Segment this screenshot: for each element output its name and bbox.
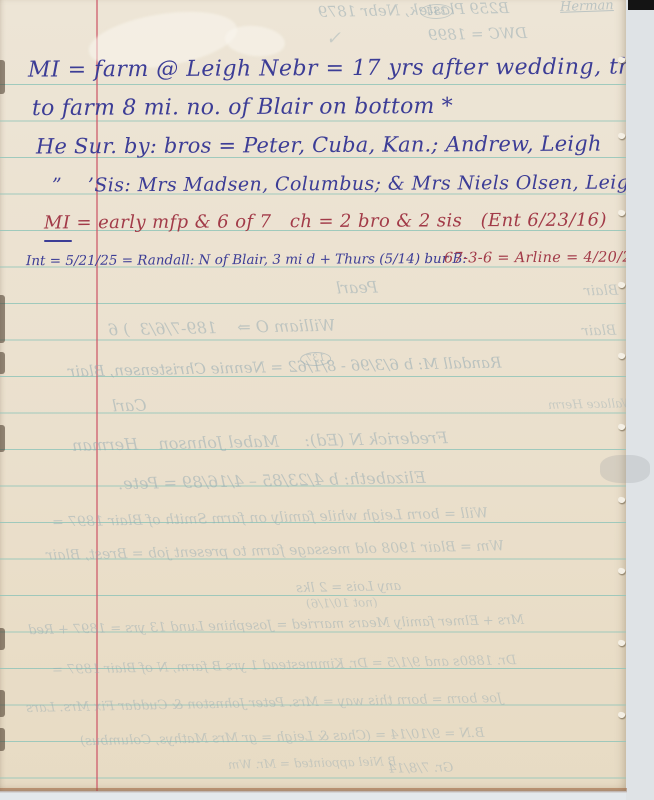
scan-smudge: [600, 455, 650, 483]
torn-edge-mark: [0, 690, 5, 717]
notebook-paper: B259 Plastek, Nebr 1879344DWC = 1899Herm…: [0, 0, 626, 791]
paper-bottom-edge: [0, 788, 627, 793]
scanner-background-right: [626, 0, 654, 800]
torn-edge-mark: [0, 728, 5, 751]
stitch-speck: [617, 281, 626, 289]
paper-edge-artifacts: [0, 0, 626, 791]
torn-edge-mark: [0, 425, 5, 452]
stitch-speck: [617, 132, 626, 140]
stitch-speck: [617, 352, 626, 360]
scanned-page: B259 Plastek, Nebr 1879344DWC = 1899Herm…: [0, 0, 654, 800]
stitch-speck: [617, 496, 626, 504]
torn-edge-mark: [0, 60, 5, 94]
torn-edge-mark: [0, 628, 5, 650]
scanner-black-strip: [628, 0, 654, 10]
stitch-speck: [617, 711, 626, 719]
stitch-speck: [617, 56, 626, 64]
stitch-speck: [617, 639, 626, 647]
stitch-speck: [617, 423, 626, 431]
torn-edge-mark: [0, 295, 5, 343]
torn-edge-mark: [0, 352, 5, 374]
scanner-background-bottom: [0, 793, 626, 800]
stitch-speck: [617, 209, 626, 217]
stitch-speck: [617, 567, 626, 575]
